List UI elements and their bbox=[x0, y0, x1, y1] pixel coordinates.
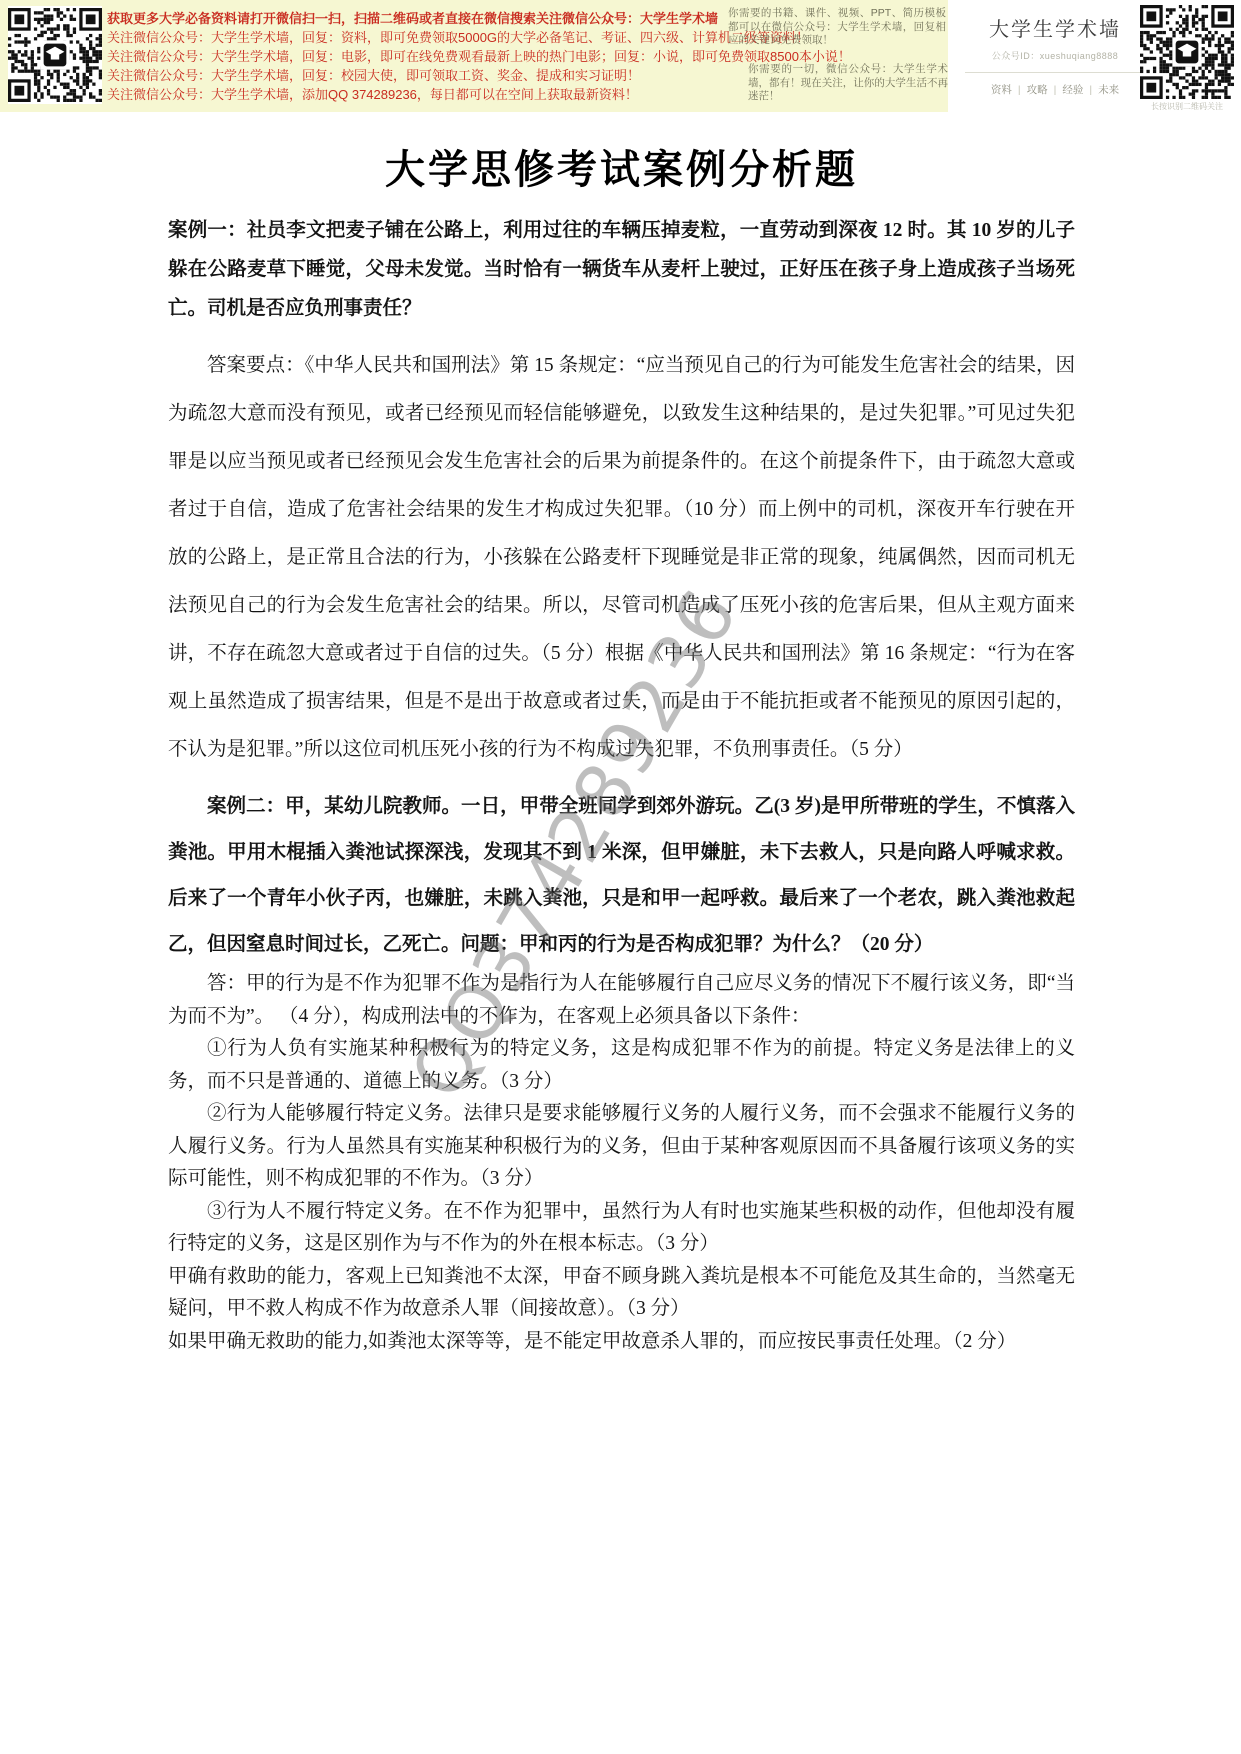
card-link: 未来 bbox=[1098, 84, 1119, 96]
qr-code-left bbox=[8, 6, 102, 104]
card-link-separator: | bbox=[1089, 84, 1092, 96]
promo-line: 关注微信公众号：大学生学术墙，回复：电影，即可在线免费观看最新上映的热门电影；回… bbox=[107, 47, 807, 66]
card-link: 经验 bbox=[1062, 84, 1083, 96]
promo-line: 关注微信公众号：大学生学术墙，添加QQ 374289236，每日都可以在空间上获… bbox=[107, 85, 807, 104]
account-card: 大学生学术墙 公众号ID：xueshuqiang8888 资料|攻略|经验|未来 bbox=[955, 13, 1155, 97]
paragraph: 案例一：社员李文把麦子铺在公路上，利用过往的车辆压掉麦粒，一直劳动到深夜 12 … bbox=[168, 211, 1075, 328]
account-card-id: 公众号ID：xueshuqiang8888 bbox=[955, 49, 1155, 62]
paragraph: 答案要点：《中华人民共和国刑法》第 15 条规定：“应当预见自己的行为可能发生危… bbox=[168, 342, 1075, 774]
promo-lines: 获取更多大学必备资料请打开微信扫一扫，扫描二维码或者直接在微信搜索关注微信公众号… bbox=[107, 9, 807, 104]
card-links: 资料|攻略|经验|未来 bbox=[955, 82, 1155, 97]
paragraph: ①行为人负有实施某种积极行为的特定义务，这是构成犯罪不作为的前提。特定义务是法律… bbox=[168, 1033, 1075, 1098]
promo-line: 关注微信公众号：大学生学术墙，回复：校园大使，即可领取工资、奖金、提成和实习证明… bbox=[107, 66, 807, 85]
promo-line: 关注微信公众号：大学生学术墙，回复：资料，即可免费领取5000G的大学必备笔记、… bbox=[107, 28, 807, 47]
card-link: 攻略 bbox=[1027, 84, 1048, 96]
mini-promo-1: 你需要的书籍、课件、视频、PPT、简历模板都可以在微信公众号：大学生学术墙，回复… bbox=[728, 7, 946, 48]
promo-line: 获取更多大学必备资料请打开微信扫一扫，扫描二维码或者直接在微信搜索关注微信公众号… bbox=[107, 9, 807, 28]
paragraphs: 案例一：社员李文把麦子铺在公路上，利用过往的车辆压掉麦粒，一直劳动到深夜 12 … bbox=[168, 211, 1075, 1358]
promo-banner: 获取更多大学必备资料请打开微信扫一扫，扫描二维码或者直接在微信搜索关注微信公众号… bbox=[0, 0, 1241, 112]
paragraph: 案例二：甲，某幼儿院教师。一日，甲带全班同学到郊外游玩。乙(3 岁)是甲所带班的… bbox=[168, 784, 1075, 968]
card-divider bbox=[965, 72, 1145, 73]
qr-code-right bbox=[1140, 5, 1234, 99]
paragraph: ③行为人不履行特定义务。在不作为犯罪中，虽然行为人有时也实施某些积极的动作，但他… bbox=[168, 1196, 1075, 1261]
page: 获取更多大学必备资料请打开微信扫一扫，扫描二维码或者直接在微信搜索关注微信公众号… bbox=[0, 0, 1241, 1754]
paragraph: 甲确有救助的能力，客观上已知粪池不太深，甲奋不顾身跳入粪坑是根本不可能危及其生命… bbox=[168, 1261, 1075, 1326]
account-card-title: 大学生学术墙 bbox=[955, 13, 1155, 42]
card-link-separator: | bbox=[1054, 84, 1057, 96]
paragraph: ②行为人能够履行特定义务。法律只是要求能够履行义务的人履行义务，而不会强求不能履… bbox=[168, 1098, 1075, 1196]
paragraph: 答：甲的行为是不作为犯罪不作为是指行为人在能够履行自己应尽义务的情况下不履行该义… bbox=[168, 968, 1075, 1033]
mini-promo-2: 你需要的一切，微信公众号：大学生学术墙，都有！现在关注，让你的大学生活不再迷茫！ bbox=[748, 63, 948, 104]
document-title: 大学思修考试案例分析题 bbox=[168, 138, 1075, 195]
card-link-separator: | bbox=[1018, 84, 1021, 96]
document-body: 大学思修考试案例分析题 案例一：社员李文把麦子铺在公路上，利用过往的车辆压掉麦粒… bbox=[168, 112, 1075, 1358]
paragraph: 如果甲确无救助的能力,如粪池太深等等，是不能定甲故意杀人罪的，而应按民事责任处理… bbox=[168, 1326, 1075, 1359]
card-link: 资料 bbox=[991, 84, 1012, 96]
qr-caption: 长按识别二维码关注 bbox=[1128, 101, 1241, 112]
